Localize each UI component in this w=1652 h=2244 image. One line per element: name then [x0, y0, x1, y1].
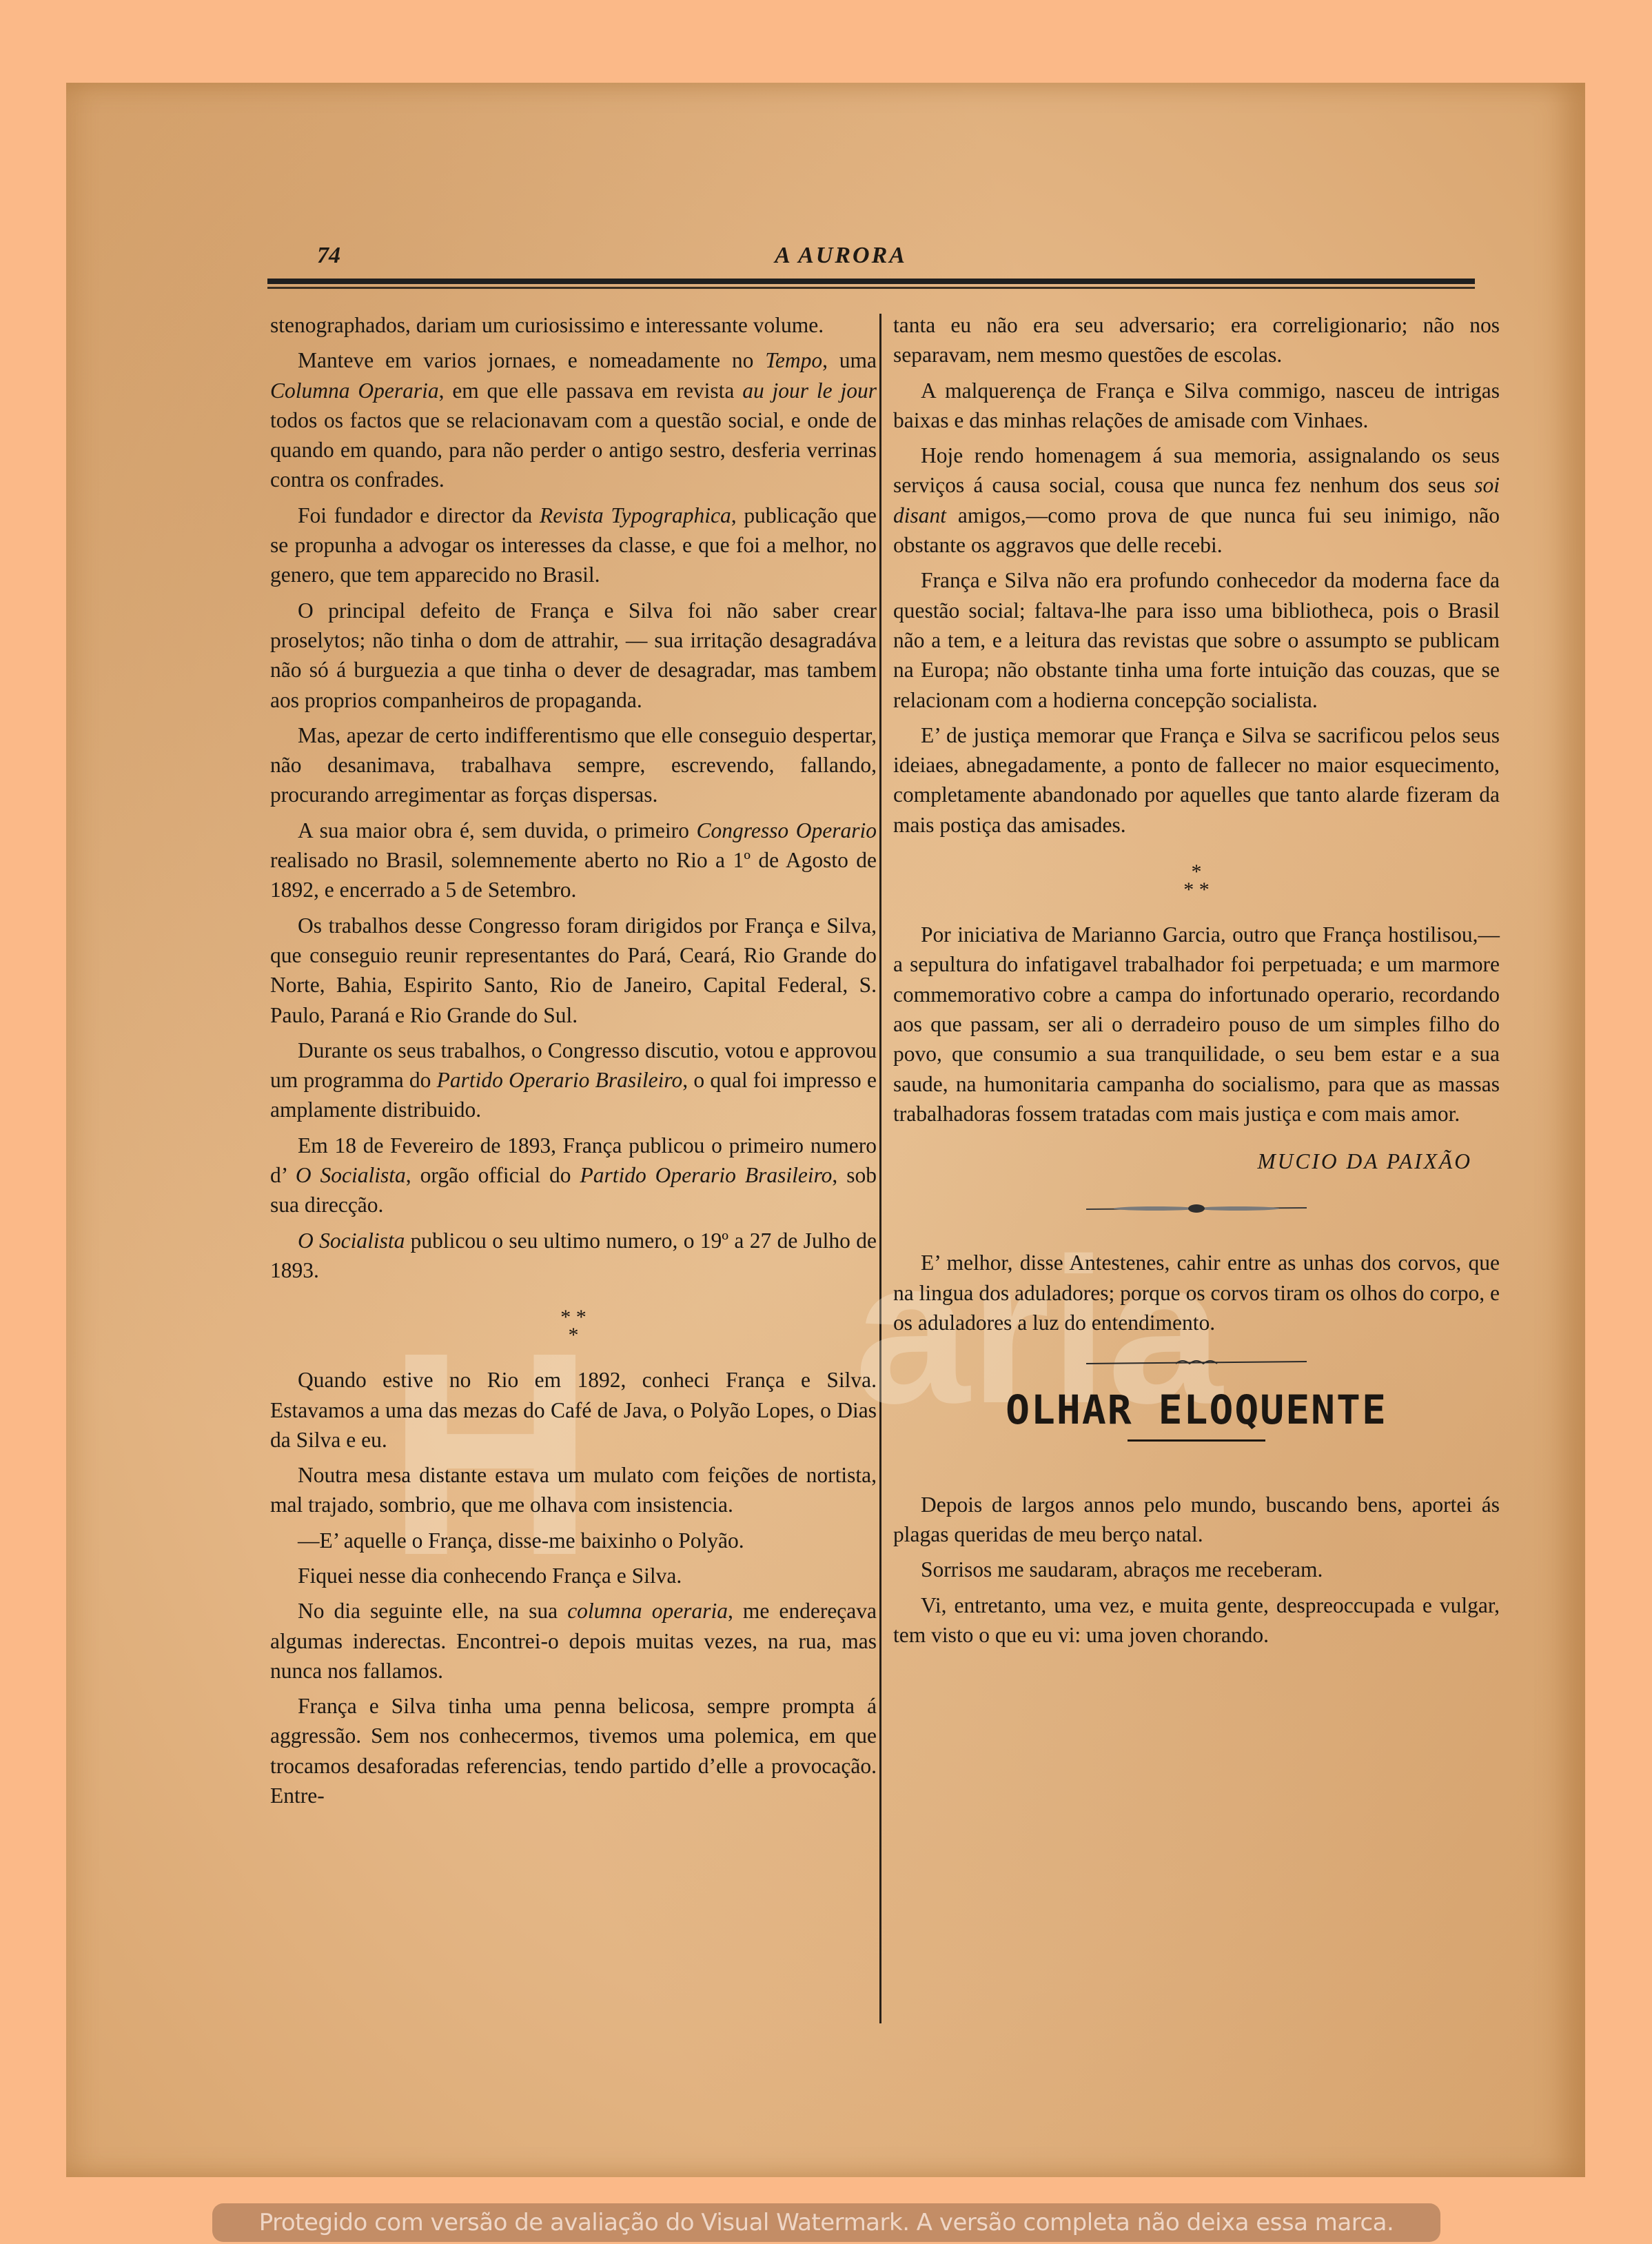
paragraph: Quando estive no Rio em 1892, conheci Fr… — [270, 1365, 877, 1455]
watermark-banner: Protegido com versão de avaliação do Vis… — [212, 2203, 1440, 2242]
ornamental-divider — [1086, 1358, 1307, 1368]
header-rule-thin — [267, 287, 1475, 289]
paragraph: França e Silva não era profundo conheced… — [893, 565, 1500, 714]
paragraph: A sua maior obra é, sem duvida, o primei… — [270, 816, 877, 905]
paragraph: Por iniciativa de Marianno Garcia, outro… — [893, 920, 1500, 1129]
paragraph: Durante os seus trabalhos, o Congresso d… — [270, 1035, 877, 1125]
paragraph: O Socialista publicou o seu ultimo numer… — [270, 1226, 877, 1286]
paragraph: Vi, entretanto, uma vez, e muita gente, … — [893, 1590, 1500, 1650]
paragraph: —E’ aquelle o França, disse-me baixinho … — [270, 1526, 877, 1555]
paragraph: Depois de largos annos pelo mundo, busca… — [893, 1490, 1500, 1550]
paragraph: A malquerença de França e Silva commigo,… — [893, 376, 1500, 436]
header-rule-thick — [267, 279, 1475, 284]
section-title: OLHAR ELOQUENTE — [893, 1395, 1500, 1425]
running-head: 74 A AURORA — [207, 243, 1475, 270]
paragraph: Noutra mesa distante estava um mulato co… — [270, 1460, 877, 1520]
paragraph: Em 18 de Fevereiro de 1893, França publi… — [270, 1131, 877, 1220]
paragraph: E’ de justiça memorar que França e Silva… — [893, 720, 1500, 840]
paragraph: Hoje rendo homenagem á sua memoria, assi… — [893, 441, 1500, 560]
title-underline — [1128, 1439, 1265, 1442]
section-paragraphs: Depois de largos annos pelo mundo, busca… — [893, 1490, 1500, 1650]
paragraph: Manteve em varios jornaes, e nomeadament… — [270, 345, 877, 494]
paragraph: Fiquei nesse dia conhecendo França e Sil… — [270, 1561, 877, 1590]
left-paragraphs: stenographados, dariam um curiosissimo e… — [270, 310, 877, 1285]
paragraph: Foi fundador e director da Revista Typog… — [270, 501, 877, 590]
left-column: stenographados, dariam um curiosissimo e… — [270, 310, 877, 1816]
paragraph: Mas, apezar de certo indifferentismo que… — [270, 720, 877, 810]
left-paragraphs-after: Quando estive no Rio em 1892, conheci Fr… — [270, 1365, 877, 1810]
newspaper-title: A AURORA — [207, 243, 1475, 269]
paragraph: Os trabalhos desse Congresso foram dirig… — [270, 911, 877, 1030]
paragraph: No dia seguinte elle, na sua columna ope… — [270, 1596, 877, 1686]
paragraph: O principal defeito de França e Silva fo… — [270, 596, 877, 715]
quote-paragraph: E’ melhor, disse Antestenes, cahir entre… — [893, 1248, 1500, 1337]
paragraph: tanta eu não era seu adversario; era cor… — [893, 310, 1500, 370]
right-column: tanta eu não era seu adversario; era cor… — [893, 310, 1500, 1655]
ornamental-divider — [1086, 1204, 1307, 1213]
paragraph: stenographados, dariam um curiosissimo e… — [270, 310, 877, 340]
column-divider — [879, 314, 881, 2023]
section-separator-stars: ** * — [893, 863, 1500, 899]
paragraph: Sorrisos me saudaram, abraços me receber… — [893, 1555, 1500, 1584]
right-paragraphs: tanta eu não era seu adversario; era cor… — [893, 310, 1500, 840]
paragraph: França e Silva tinha uma penna belicosa,… — [270, 1691, 877, 1810]
author-signature: MUCIO DA PAIXÃO — [893, 1146, 1500, 1176]
right-paragraphs-after: Por iniciativa de Marianno Garcia, outro… — [893, 920, 1500, 1129]
section-separator-stars: * ** — [270, 1308, 877, 1344]
